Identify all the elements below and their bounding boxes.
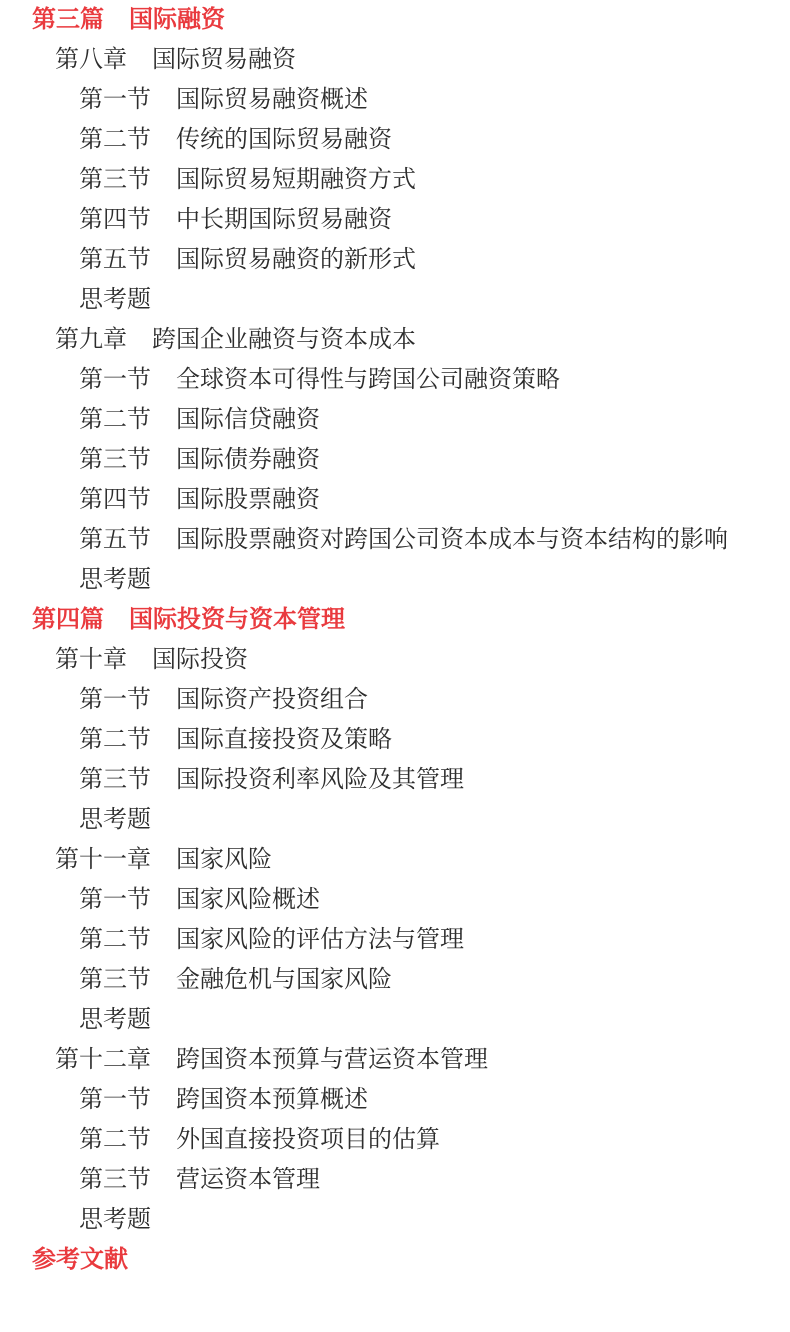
- review-questions-label: 思考题: [79, 806, 151, 833]
- section-label: 第一节: [79, 886, 151, 913]
- chapter-footer: 思考题: [0, 560, 790, 600]
- chapter-footer: 思考题: [0, 1200, 790, 1240]
- section-item: 第二节国家风险的评估方法与管理: [0, 920, 790, 960]
- section-item: 第五节国际贸易融资的新形式: [0, 240, 790, 280]
- section-title: 国际股票融资对跨国公司资本成本与资本结构的影响: [176, 526, 728, 553]
- table-of-contents: 第三篇国际融资第八章国际贸易融资第一节国际贸易融资概述第二节传统的国际贸易融资第…: [0, 0, 790, 1280]
- chapter-title: 跨国企业融资与资本成本: [152, 326, 416, 353]
- chapter-label: 第十二章: [55, 1046, 151, 1073]
- section-label: 第一节: [79, 366, 151, 393]
- section-item: 第三节营运资本管理: [0, 1160, 790, 1200]
- section-title: 国家风险的评估方法与管理: [176, 926, 464, 953]
- section-title: 全球资本可得性与跨国公司融资策略: [176, 366, 560, 393]
- section-label: 第一节: [79, 86, 151, 113]
- references-label: 参考文献: [32, 1246, 128, 1273]
- section-title: 金融危机与国家风险: [176, 966, 392, 993]
- section-item: 第一节国际资产投资组合: [0, 680, 790, 720]
- section-item: 第四节中长期国际贸易融资: [0, 200, 790, 240]
- chapter-footer: 思考题: [0, 280, 790, 320]
- section-title: 国家风险概述: [176, 886, 320, 913]
- section-title: 传统的国际贸易融资: [176, 126, 392, 153]
- section-item: 第二节国际信贷融资: [0, 400, 790, 440]
- chapter-title: 跨国资本预算与营运资本管理: [176, 1046, 488, 1073]
- review-questions-label: 思考题: [79, 1206, 151, 1233]
- section-label: 第三节: [79, 446, 151, 473]
- chapter-footer: 思考题: [0, 1000, 790, 1040]
- section-item: 第三节国际投资利率风险及其管理: [0, 760, 790, 800]
- part-heading: 第四篇国际投资与资本管理: [0, 600, 790, 640]
- section-item: 第一节全球资本可得性与跨国公司融资策略: [0, 360, 790, 400]
- section-title: 国际贸易融资概述: [176, 86, 368, 113]
- section-item: 第五节国际股票融资对跨国公司资本成本与资本结构的影响: [0, 520, 790, 560]
- section-label: 第二节: [79, 926, 151, 953]
- part-heading: 第三篇国际融资: [0, 0, 790, 40]
- chapter-heading: 第十二章跨国资本预算与营运资本管理: [0, 1040, 790, 1080]
- chapter-label: 第十章: [55, 646, 127, 673]
- chapter-label: 第九章: [55, 326, 127, 353]
- chapter-title: 国家风险: [176, 846, 272, 873]
- chapter-heading: 第九章跨国企业融资与资本成本: [0, 320, 790, 360]
- section-label: 第三节: [79, 166, 151, 193]
- section-label: 第一节: [79, 1086, 151, 1113]
- section-label: 第二节: [79, 406, 151, 433]
- chapter-title: 国际投资: [152, 646, 248, 673]
- review-questions-label: 思考题: [79, 566, 151, 593]
- section-title: 国际债券融资: [176, 446, 320, 473]
- section-item: 第二节传统的国际贸易融资: [0, 120, 790, 160]
- section-item: 第三节国际债券融资: [0, 440, 790, 480]
- section-title: 跨国资本预算概述: [176, 1086, 368, 1113]
- part-title: 国际投资与资本管理: [129, 606, 345, 633]
- section-title: 国际信贷融资: [176, 406, 320, 433]
- part-title: 国际融资: [129, 6, 225, 33]
- section-item: 第二节外国直接投资项目的估算: [0, 1120, 790, 1160]
- section-item: 第三节国际贸易短期融资方式: [0, 160, 790, 200]
- section-title: 国际资产投资组合: [176, 686, 368, 713]
- section-label: 第三节: [79, 1166, 151, 1193]
- chapter-title: 国际贸易融资: [152, 46, 296, 73]
- chapter-heading: 第十章国际投资: [0, 640, 790, 680]
- section-label: 第三节: [79, 766, 151, 793]
- review-questions-label: 思考题: [79, 286, 151, 313]
- section-title: 国际股票融资: [176, 486, 320, 513]
- section-item: 第一节跨国资本预算概述: [0, 1080, 790, 1120]
- chapter-heading: 第八章国际贸易融资: [0, 40, 790, 80]
- section-title: 营运资本管理: [176, 1166, 320, 1193]
- part-label: 第三篇: [32, 6, 104, 33]
- section-item: 第一节国家风险概述: [0, 880, 790, 920]
- section-item: 第二节国际直接投资及策略: [0, 720, 790, 760]
- references-heading: 参考文献: [0, 1240, 790, 1280]
- section-title: 外国直接投资项目的估算: [176, 1126, 440, 1153]
- section-item: 第一节国际贸易融资概述: [0, 80, 790, 120]
- section-label: 第二节: [79, 1126, 151, 1153]
- section-label: 第五节: [79, 246, 151, 273]
- section-title: 国际直接投资及策略: [176, 726, 392, 753]
- section-label: 第五节: [79, 526, 151, 553]
- section-item: 第四节国际股票融资: [0, 480, 790, 520]
- section-item: 第三节金融危机与国家风险: [0, 960, 790, 1000]
- section-label: 第二节: [79, 726, 151, 753]
- part-label: 第四篇: [32, 606, 104, 633]
- section-title: 国际贸易融资的新形式: [176, 246, 416, 273]
- section-title: 国际投资利率风险及其管理: [176, 766, 464, 793]
- chapter-label: 第八章: [55, 46, 127, 73]
- section-label: 第四节: [79, 486, 151, 513]
- section-title: 国际贸易短期融资方式: [176, 166, 416, 193]
- chapter-heading: 第十一章国家风险: [0, 840, 790, 880]
- section-label: 第二节: [79, 126, 151, 153]
- section-label: 第三节: [79, 966, 151, 993]
- review-questions-label: 思考题: [79, 1006, 151, 1033]
- chapter-footer: 思考题: [0, 800, 790, 840]
- section-label: 第四节: [79, 206, 151, 233]
- chapter-label: 第十一章: [55, 846, 151, 873]
- section-title: 中长期国际贸易融资: [176, 206, 392, 233]
- section-label: 第一节: [79, 686, 151, 713]
